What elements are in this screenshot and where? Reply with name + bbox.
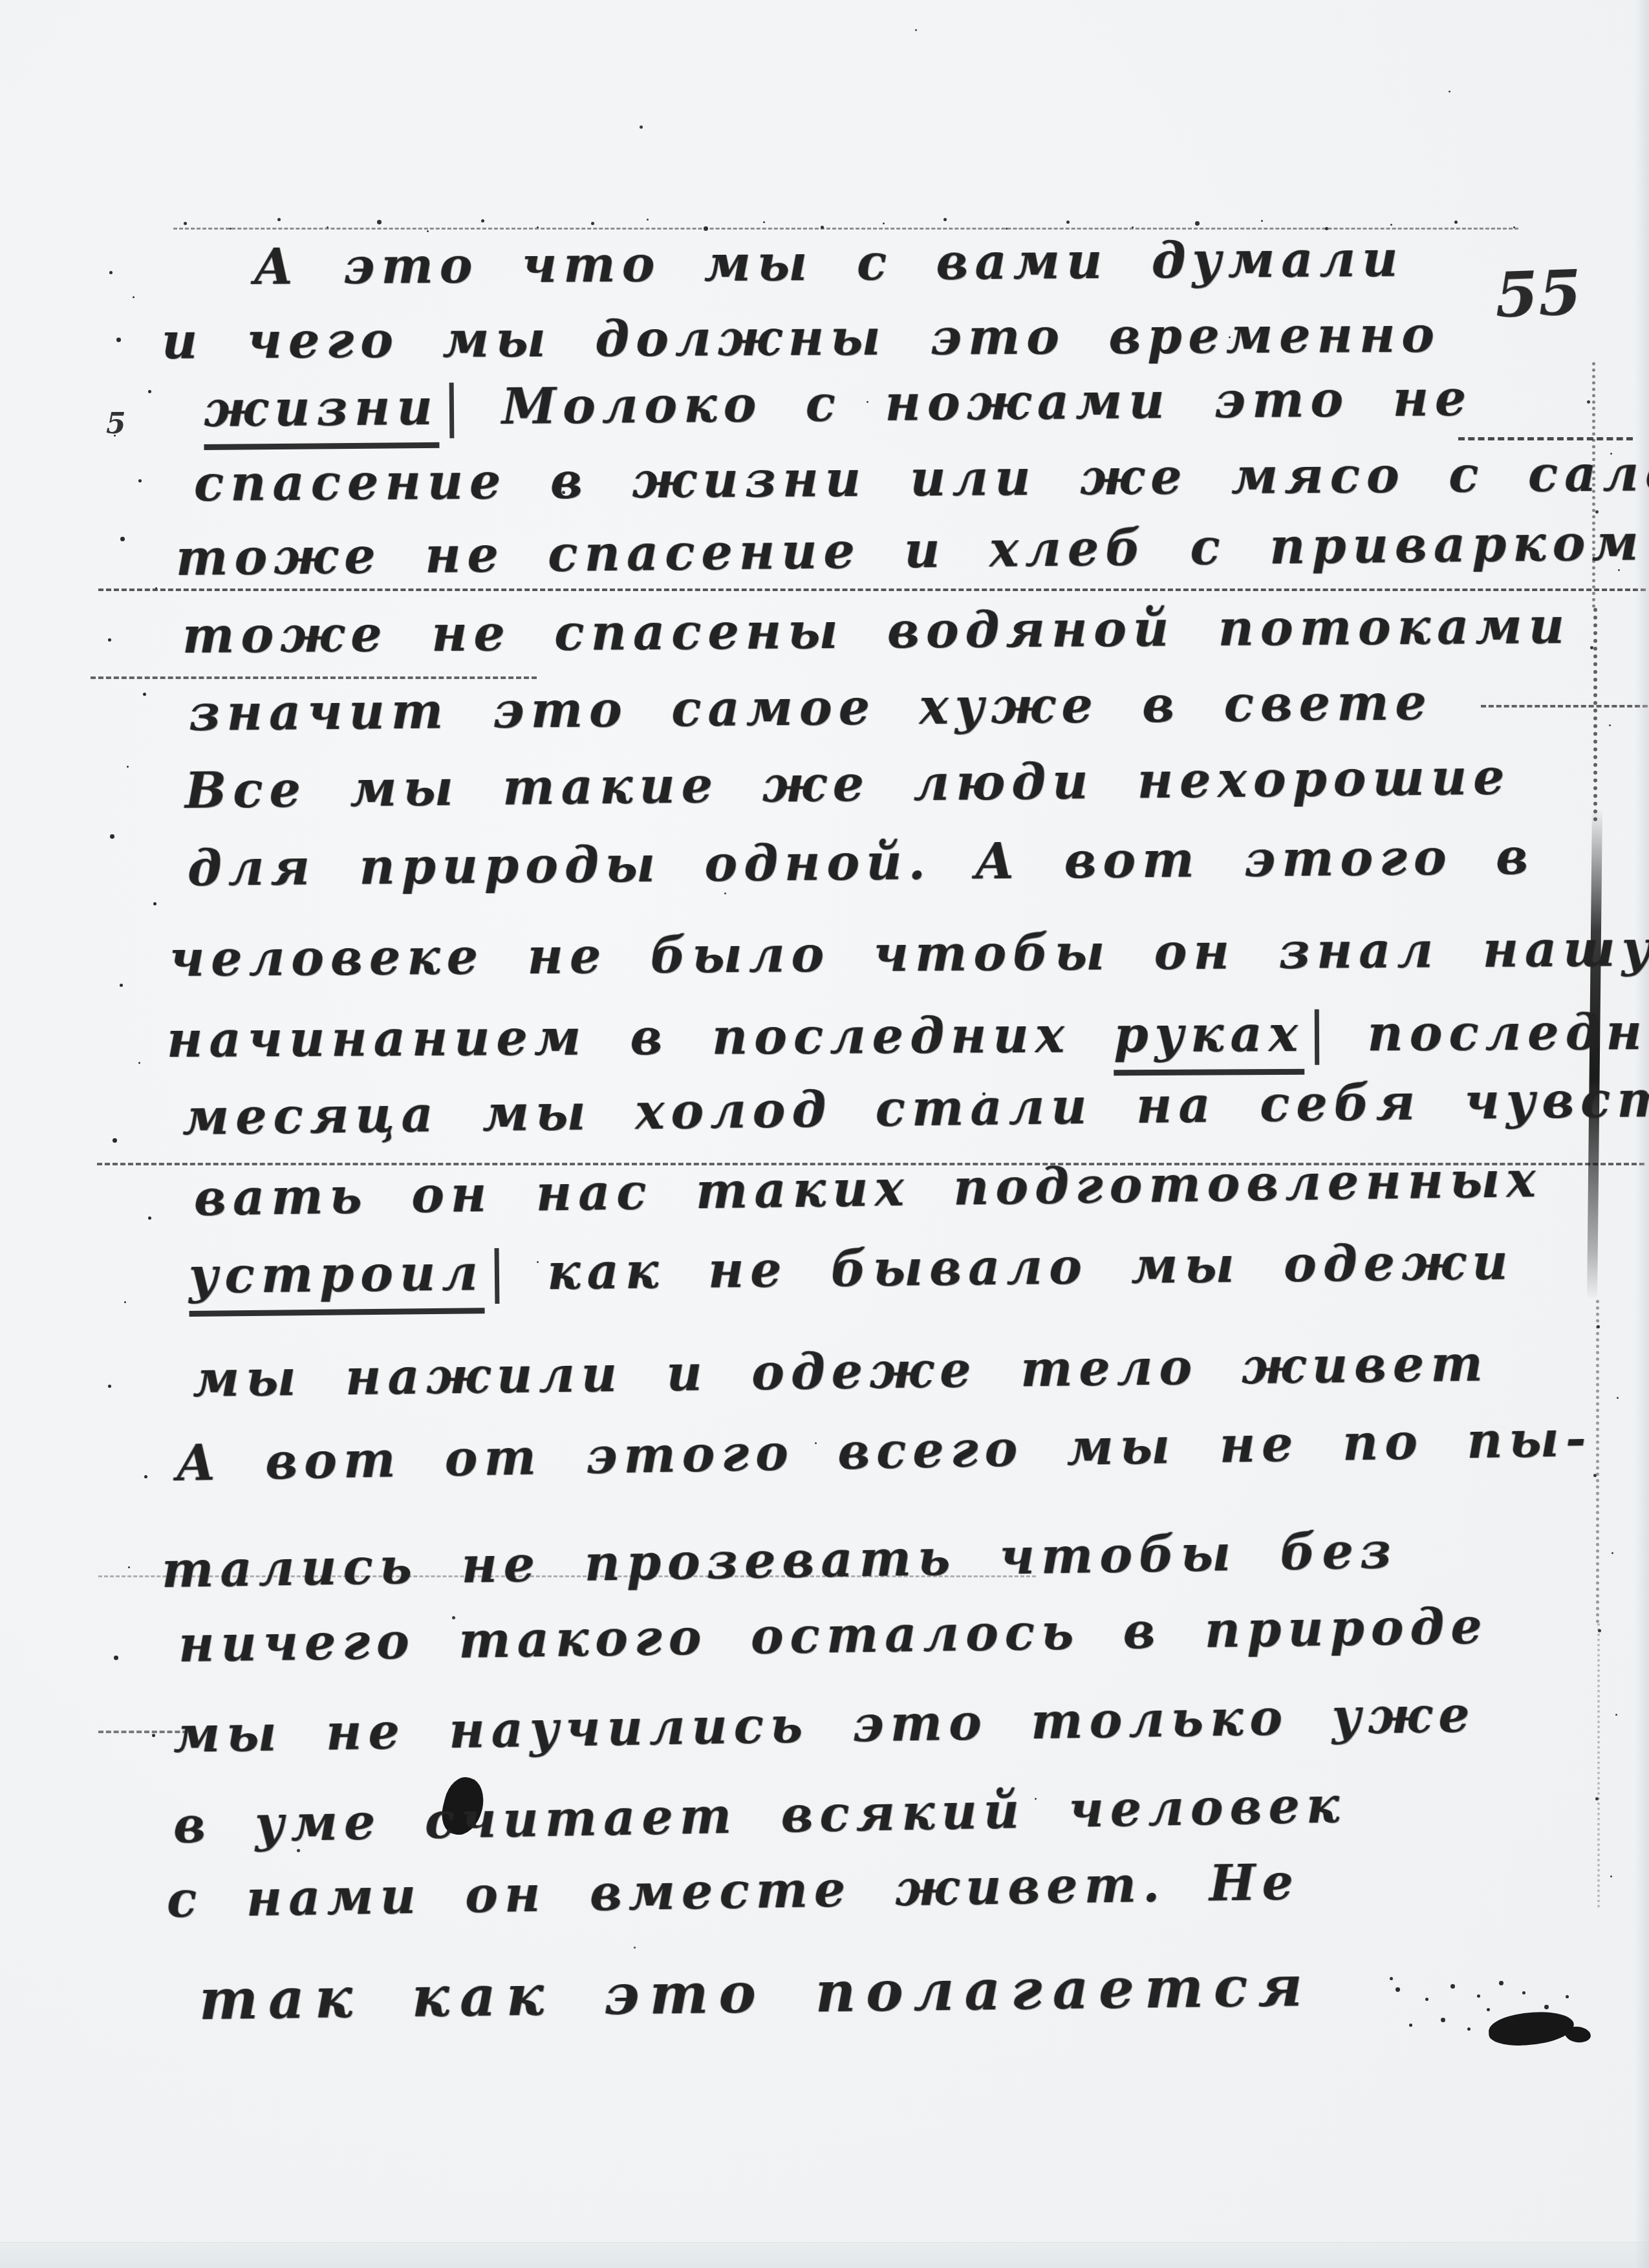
handwritten-line-14: устроил как не бывало мы одежи: [189, 1238, 1514, 1307]
handwritten-line-20: в уме считает всякий человек: [173, 1780, 1346, 1850]
handwritten-line-3: жизни Молоко с ножами это не: [204, 374, 1473, 440]
scan-bottom-edge: [0, 2242, 1649, 2268]
line-text: начинанием в последних: [167, 1006, 1114, 1068]
bracket-mark: [449, 383, 454, 438]
ruled-line-artifact: [173, 228, 1518, 230]
handwritten-line-11: начинанием в последних руках последним: [167, 1007, 1649, 1071]
line-text: последним: [1324, 1002, 1649, 1062]
margin-number: 5: [106, 407, 126, 440]
line-text: спасение в жизни или же мясо с салом: [194, 444, 1649, 512]
scan-right-edge-shade: [1635, 0, 1649, 2268]
line-text: в уме считает всякий человек: [173, 1776, 1346, 1854]
handwritten-line-21: с нами он вместе живет. Не: [166, 1857, 1300, 1925]
handwritten-line-9: для природы одной. А вот этого в: [188, 832, 1535, 893]
ruled-line-artifact: [1458, 437, 1633, 440]
line-text: значит это самое хуже в свете: [189, 673, 1434, 742]
scan-edge-shadow: [1596, 1300, 1599, 1623]
ruled-line-artifact: [98, 589, 1646, 591]
handwritten-line-17: тались не прозевать чтобы без: [161, 1526, 1398, 1595]
scan-edge-shadow: [1593, 608, 1597, 821]
line-text: Молоко с ножами это не: [458, 369, 1473, 436]
line-text: мы не научились это только уже: [173, 1685, 1476, 1764]
line-text: с нами он вместе живет. Не: [166, 1853, 1300, 1928]
manuscript-page: 55 5 А это что мы с вами думали и чего м…: [0, 0, 1649, 2268]
line-text: вать он нас таких подготовленных: [193, 1150, 1542, 1227]
handwritten-line-16: А вот от этого всего мы не по пы-: [175, 1414, 1593, 1488]
handwritten-line-18: ничего такого осталось в природе: [178, 1602, 1489, 1669]
line-text: так как это полагается: [199, 1954, 1313, 2033]
handwritten-line-8: Все мы такие же люди нехорошие: [185, 753, 1511, 815]
scan-specks-bottom-right: [0, 0, 2, 2]
line-text: месяца мы холод стали на себя чувство-: [182, 1069, 1649, 1146]
line-text: тались не прозевать чтобы без: [161, 1522, 1398, 1599]
underlined-word: устроил: [188, 1244, 484, 1317]
ruled-line-artifact: [91, 676, 537, 679]
line-text: Все мы такие же люди нехорошие: [185, 748, 1511, 819]
line-text: ничего такого осталось в природе: [178, 1597, 1489, 1673]
handwritten-line-6: тоже не спасены водяной потоками: [182, 601, 1571, 660]
handwritten-line-19: мы не научились это только уже: [173, 1690, 1476, 1760]
ink-blot: [1488, 2011, 1575, 2047]
ink-blot: [1564, 2025, 1592, 2044]
page-number: 55: [1494, 256, 1582, 332]
line-text: тоже не спасены водяной потоками: [182, 597, 1571, 664]
line-text: А это что мы с вами думали: [253, 230, 1405, 296]
line-text: и чего мы должны это временно: [162, 306, 1441, 370]
line-text: как не бывало мы одежи: [504, 1233, 1514, 1301]
handwritten-line-22: так как это полагается: [199, 1959, 1313, 2028]
handwritten-line-2: и чего мы должны это временно: [162, 310, 1441, 366]
handwritten-line-7: значит это самое хуже в свете: [189, 678, 1434, 738]
handwritten-line-4: спасение в жизни или же мясо с салом: [194, 448, 1649, 508]
line-text: мы нажили и одеже тело живет: [192, 1335, 1489, 1408]
scan-edge-shadow: [1597, 1623, 1600, 1908]
line-text: тоже не спасение и хлеб с приварком: [176, 513, 1645, 587]
handwritten-line-10: человеке не было чтобы он знал нашу: [169, 924, 1649, 984]
handwritten-line-12: месяца мы холод стали на себя чувство-: [182, 1074, 1649, 1142]
underlined-word: жизни: [204, 378, 440, 450]
ruled-line-artifact: [1481, 705, 1648, 707]
bracket-mark: [1315, 1010, 1319, 1065]
handwritten-line-5: тоже не спасение и хлеб с приварком: [176, 518, 1645, 583]
line-text: для природы одной. А вот этого в: [188, 828, 1535, 897]
line-text: человеке не было чтобы он знал нашу: [169, 920, 1649, 988]
line-text: А вот от этого всего мы не по пы-: [175, 1410, 1593, 1492]
bracket-mark: [494, 1248, 499, 1304]
handwritten-line-15: мы нажили и одеже тело живет: [193, 1339, 1490, 1404]
underlined-word: руках: [1114, 1005, 1304, 1076]
handwritten-line-1: А это что мы с вами думали: [253, 235, 1405, 292]
